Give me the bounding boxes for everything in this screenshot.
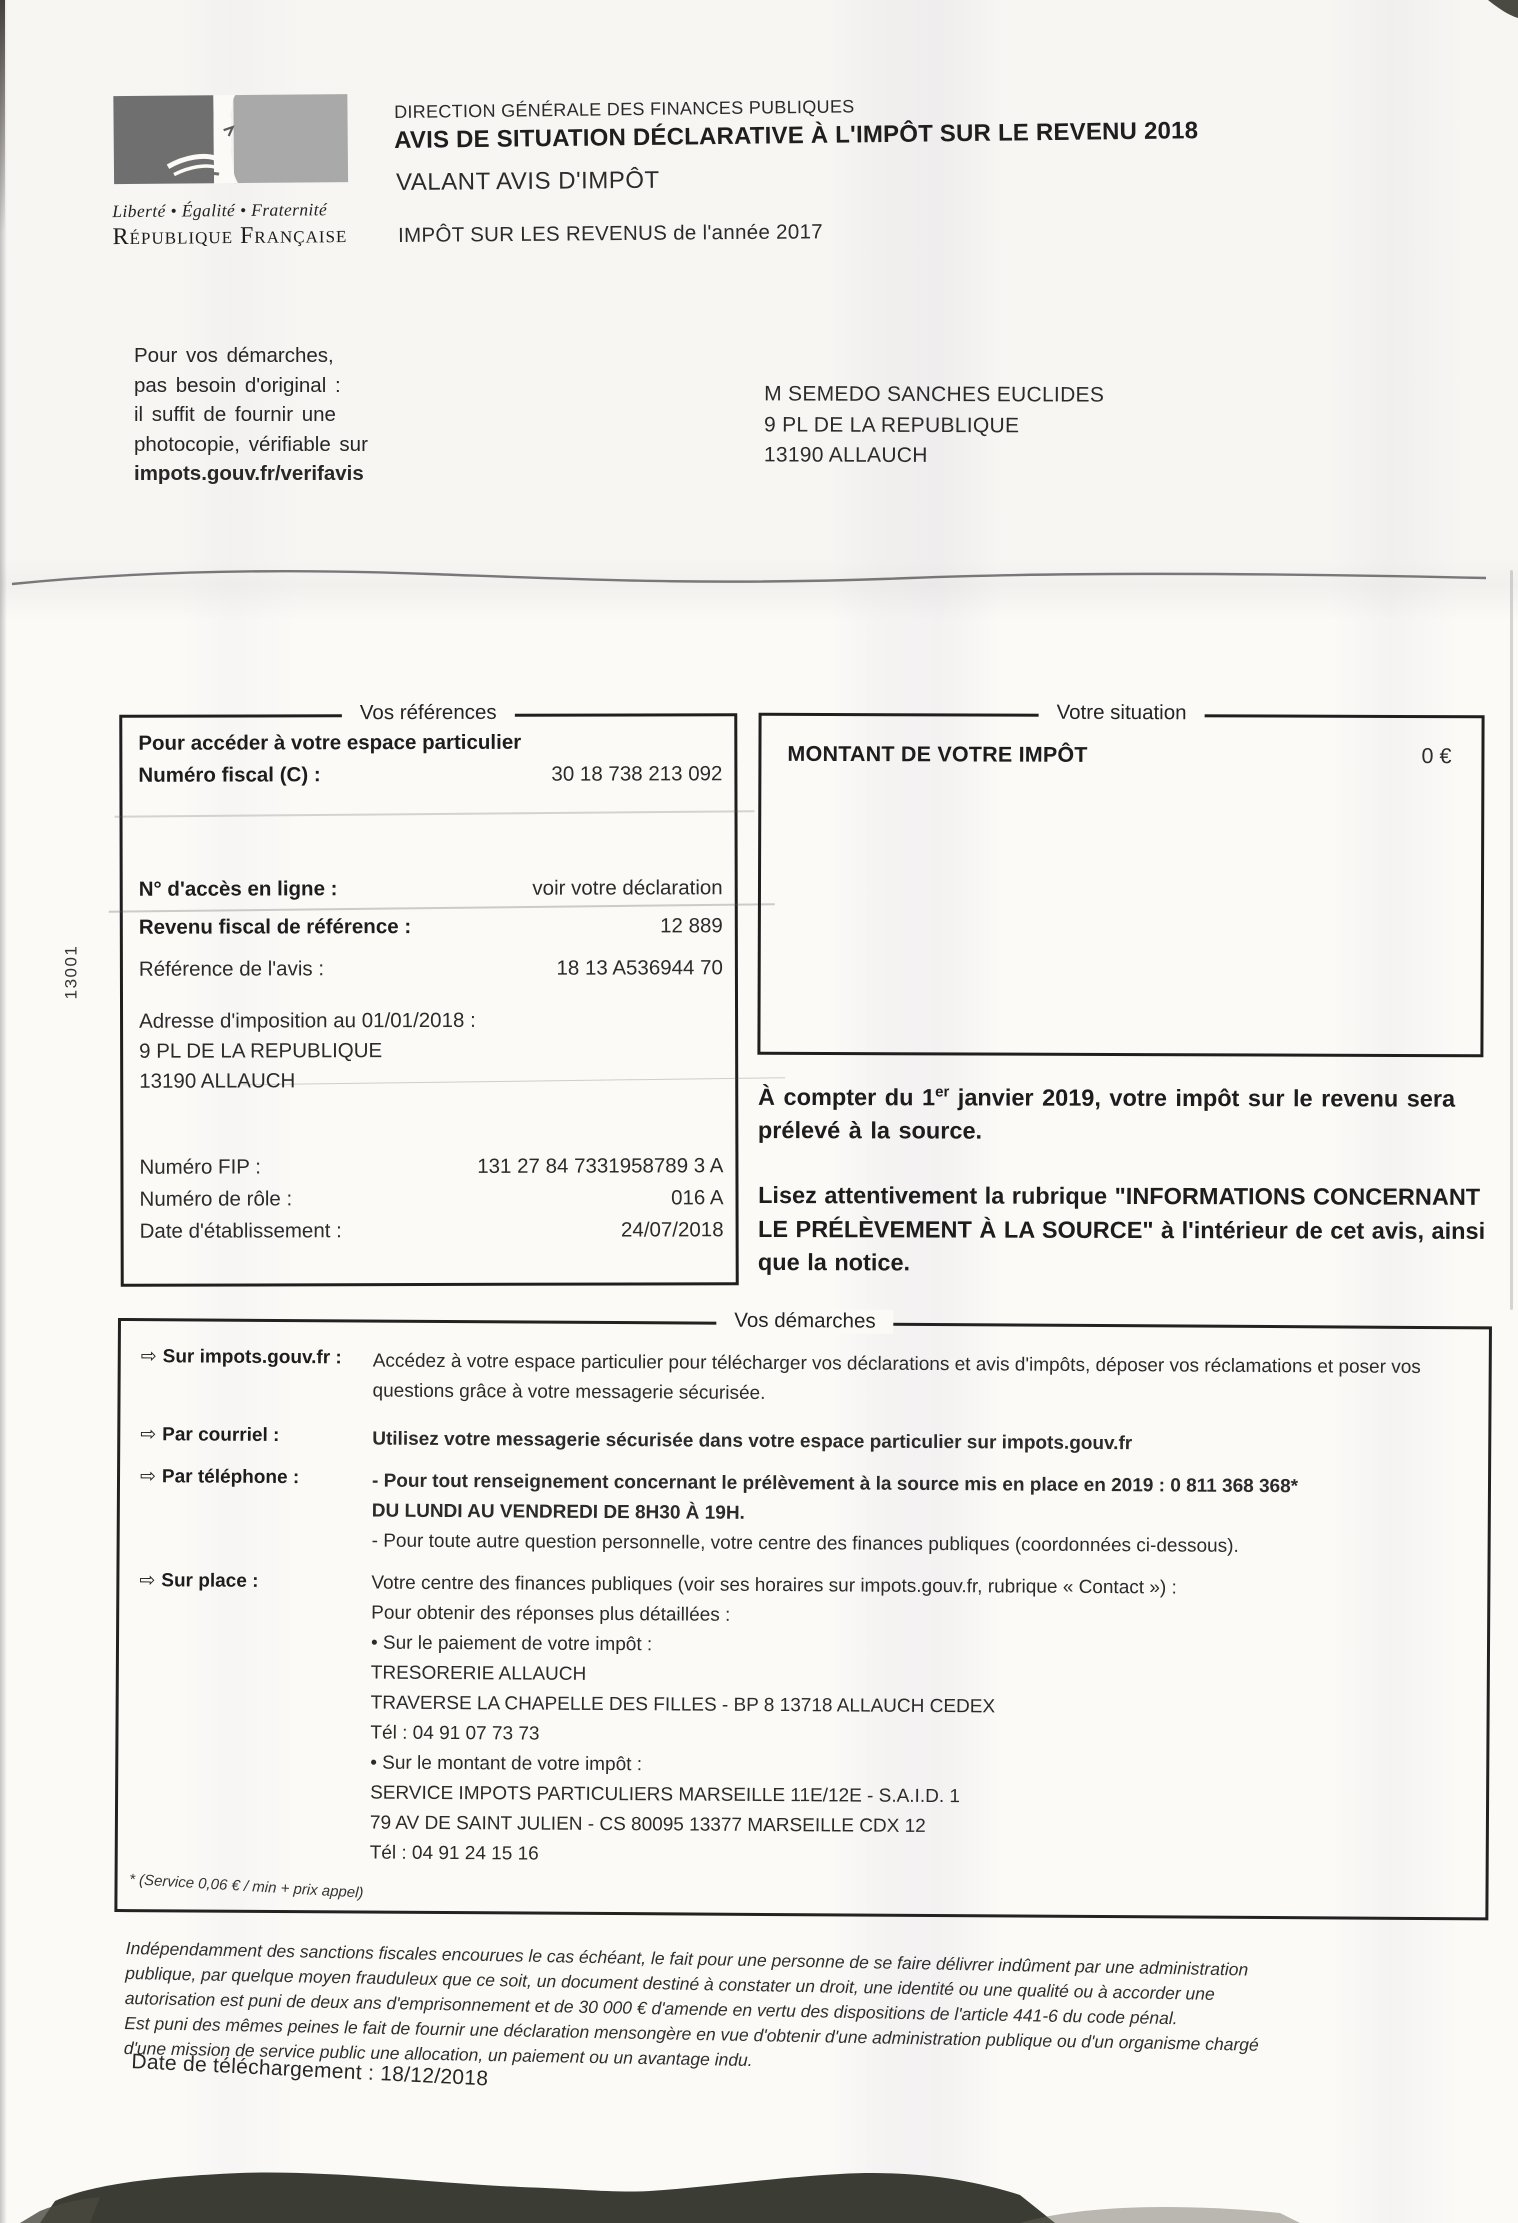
phone-cost-footnote: * (Service 0,06 € / min + prix appel) bbox=[129, 1871, 364, 1902]
tax-amount-row: MONTANT DE VOTRE IMPÔT 0 € bbox=[787, 742, 1451, 769]
tax-year-line: IMPÔT SUR LES REVENUS de l'année 2017 bbox=[398, 220, 823, 248]
verification-url: impots.gouv.fr/verifavis bbox=[134, 459, 368, 489]
channel-content-phone: - Pour tout renseignement concernant le … bbox=[372, 1467, 1473, 1564]
document-title: AVIS DE SITUATION DÉCLARATIVE À L'IMPÔT … bbox=[394, 117, 1198, 155]
demarches-box-title: Vos démarches bbox=[716, 1309, 893, 1334]
tax-service-phone: Tél : 04 91 24 15 16 bbox=[370, 1839, 1470, 1876]
role-number-row: Numéro de rôle : 016 A bbox=[139, 1186, 723, 1212]
scan-artifact-line bbox=[109, 903, 775, 913]
fip-number-label: Numéro FIP : bbox=[139, 1155, 261, 1179]
notice-reference-row: Référence de l'avis : 18 13 A536944 70 bbox=[139, 956, 723, 982]
corner-shadow bbox=[1484, 0, 1518, 18]
channel-label-phone: ⇨Par téléphone : bbox=[140, 1465, 368, 1489]
role-number-label: Numéro de rôle : bbox=[139, 1187, 292, 1211]
photocopy-note-line: pas besoin d'original : bbox=[134, 371, 368, 401]
fiscal-number-label: Numéro fiscal (C) : bbox=[138, 763, 320, 787]
role-number-value: 016 A bbox=[671, 1186, 724, 1210]
references-box-title: Vos références bbox=[342, 701, 515, 725]
references-box: Vos références Pour accéder à votre espa… bbox=[119, 713, 738, 1287]
photocopy-note-line: photocopie, vérifiable sur bbox=[134, 430, 368, 460]
phone-other-line: - Pour toute autre question personnelle,… bbox=[372, 1527, 1472, 1564]
online-access-value: voir votre déclaration bbox=[532, 876, 722, 900]
withholding-message: À compter du 1er janvier 2019, votre imp… bbox=[758, 1075, 1500, 1149]
photocopy-note-line: Pour vos démarches, bbox=[134, 341, 368, 371]
scan-artifact-line bbox=[115, 810, 755, 818]
establishment-date-value: 24/07/2018 bbox=[621, 1218, 724, 1242]
situation-box: Votre situation MONTANT DE VOTRE IMPÔT 0… bbox=[757, 713, 1484, 1058]
tax-address-heading: Adresse d'imposition au 01/01/2018 : bbox=[139, 1008, 723, 1034]
reference-income-row: Revenu fiscal de référence : 12 889 bbox=[139, 914, 723, 940]
situation-box-title: Votre situation bbox=[1039, 701, 1205, 726]
arrow-right-icon: ⇨ bbox=[141, 1345, 157, 1368]
fiscal-number-row: Numéro fiscal (C) : 30 18 738 213 092 bbox=[138, 762, 722, 788]
photocopy-note: Pour vos démarches, pas besoin d'origina… bbox=[134, 341, 368, 489]
logo-motto: Liberté • Égalité • Fraternité bbox=[112, 199, 372, 222]
personal-space-heading: Pour accéder à votre espace particulier bbox=[138, 731, 521, 756]
demarches-box: Vos démarches ⇨Sur impots.gouv.fr : Accé… bbox=[114, 1318, 1492, 1920]
read-notice-message: Lisez attentivement la rubrique "INFORMA… bbox=[758, 1179, 1506, 1281]
scanned-tax-document: Liberté • Égalité • Fraternité Républiqu… bbox=[0, 0, 1518, 2223]
scan-fold-line bbox=[10, 562, 1490, 596]
recipient-street: 9 PL DE LA REPUBLIQUE bbox=[764, 410, 1104, 442]
fip-number-row: Numéro FIP : 131 27 84 7331958789 3 A bbox=[139, 1154, 723, 1180]
recipient-address-block: M SEMEDO SANCHES EUCLIDES 9 PL DE LA REP… bbox=[764, 379, 1104, 472]
fiscal-number-value: 30 18 738 213 092 bbox=[551, 762, 722, 786]
arrow-right-icon: ⇨ bbox=[140, 1423, 156, 1446]
arrow-right-icon: ⇨ bbox=[140, 1465, 156, 1488]
agency-name: DIRECTION GÉNÉRALE DES FINANCES PUBLIQUE… bbox=[394, 96, 855, 123]
photocopy-note-line: il suffit de fournir une bbox=[134, 400, 368, 430]
notice-reference-label: Référence de l'avis : bbox=[139, 957, 324, 981]
recipient-name: M SEMEDO SANCHES EUCLIDES bbox=[764, 379, 1104, 411]
channel-content-onsite: Votre centre des finances publiques (voi… bbox=[370, 1569, 1472, 1876]
french-republic-logo: Liberté • Égalité • Fraternité Républiqu… bbox=[111, 91, 372, 251]
notice-reference-value: 18 13 A536944 70 bbox=[556, 956, 723, 980]
reference-income-value: 12 889 bbox=[660, 914, 723, 938]
establishment-date-row: Date d'établissement : 24/07/2018 bbox=[140, 1218, 724, 1244]
tax-address-city: 13190 ALLAUCH bbox=[139, 1068, 723, 1094]
page-edge-shadow bbox=[0, 0, 5, 235]
channel-label-email: ⇨Par courriel : bbox=[140, 1423, 368, 1447]
page-edge-shadow bbox=[1510, 570, 1513, 1310]
online-access-row: N° d'accès en ligne : voir votre déclara… bbox=[139, 876, 723, 902]
channel-content-email: Utilisez votre messagerie sécurisée dans… bbox=[372, 1425, 1472, 1462]
logo-republic-name: République Française bbox=[112, 222, 372, 251]
marianne-logo-icon bbox=[111, 91, 352, 189]
margin-code: 13001 bbox=[61, 945, 81, 1000]
fip-number-value: 131 27 84 7331958789 3 A bbox=[477, 1154, 723, 1179]
establishment-date-label: Date d'établissement : bbox=[140, 1219, 342, 1244]
online-access-label: N° d'accès en ligne : bbox=[139, 877, 338, 902]
arrow-right-icon: ⇨ bbox=[139, 1569, 155, 1592]
tax-amount-value: 0 € bbox=[1422, 744, 1452, 769]
document-subtitle: VALANT AVIS D'IMPÔT bbox=[396, 167, 660, 197]
recipient-city: 13190 ALLAUCH bbox=[764, 440, 1104, 472]
ordinal-superscript: er bbox=[935, 1083, 949, 1100]
channel-label-onsite: ⇨Sur place : bbox=[139, 1569, 367, 1593]
tax-amount-label: MONTANT DE VOTRE IMPÔT bbox=[787, 742, 1087, 768]
reference-income-label: Revenu fiscal de référence : bbox=[139, 915, 411, 940]
tax-address-street: 9 PL DE LA REPUBLIQUE bbox=[139, 1038, 723, 1064]
channel-label-website: ⇨Sur impots.gouv.fr : bbox=[141, 1345, 369, 1369]
channel-content-website: Accédez à votre espace particulier pour … bbox=[372, 1347, 1472, 1414]
photo-background-shadow bbox=[0, 2153, 1518, 2223]
